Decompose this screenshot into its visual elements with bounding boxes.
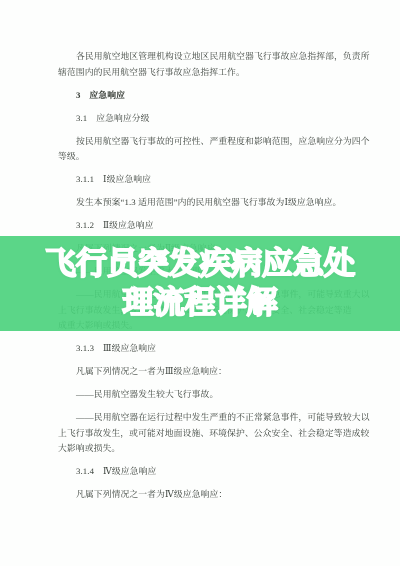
doc-line: 发生本预案“1.3 适用范围”内的民用航空器飞行事故为Ⅰ级应急响应。: [58, 195, 350, 211]
doc-line: 凡属下列情况之一者为Ⅲ级应急响应：: [58, 364, 350, 380]
doc-paragraph: 各民用航空地区管理机构设立地区民用航空器飞行事故应急指挥部，负责所辖范围内的民用…: [58, 49, 350, 80]
doc-heading: 3.1.3 Ⅲ级应急响应: [58, 341, 350, 357]
doc-paragraph: 按民用航空器飞行事故的可控性、严重程度和影响范围，应急响应分为四个等级。: [58, 134, 350, 165]
doc-line: 按民用航空器飞行事故的可控性、严重程度和影响范围，应急响应分为四个: [58, 134, 350, 150]
overlay-title-line-1: 飞行员突发疾病应急处: [45, 245, 355, 284]
doc-paragraph: 凡属下列情况之一者为Ⅲ级应急响应：: [58, 364, 350, 380]
doc-line: 凡属下列情况之一者为Ⅳ级应急响应：: [58, 487, 350, 503]
doc-line: 辖范围内的民用航空器飞行事故应急指挥工作。: [58, 65, 350, 81]
doc-line: ——民用航空器在运行过程中发生严重的不正常紧急事件，可能导致较大以: [58, 410, 350, 426]
doc-line: 上飞行事故发生，或可能对地面设施、环境保护、公众安全、社会稳定等造成较: [58, 426, 350, 442]
doc-paragraph: ——民用航空器发生较大飞行事故。: [58, 387, 350, 403]
title-overlay: 飞行员突发疾病应急处 理流程详解: [0, 236, 400, 331]
doc-paragraph: 凡属下列情况之一者为Ⅳ级应急响应：: [58, 487, 350, 503]
doc-line: 各民用航空地区管理机构设立地区民用航空器飞行事故应急指挥部，负责所: [58, 49, 350, 65]
doc-line: 等级。: [58, 149, 350, 165]
doc-line: 大影响或损失。: [58, 441, 350, 457]
doc-heading: 3.1.4 Ⅳ级应急响应: [58, 464, 350, 480]
doc-line: 3.1.4 Ⅳ级应急响应: [58, 464, 350, 480]
doc-line: 3 应急响应: [58, 88, 350, 104]
doc-heading: 3.1.1 Ⅰ级应急响应: [58, 172, 350, 188]
document-page: 各民用航空地区管理机构设立地区民用航空器飞行事故应急指挥部，负责所辖范围内的民用…: [0, 0, 400, 566]
doc-line: 3.1.1 Ⅰ级应急响应: [58, 172, 350, 188]
doc-line: ——民用航空器发生较大飞行事故。: [58, 387, 350, 403]
doc-line: 3.1.3 Ⅲ级应急响应: [58, 341, 350, 357]
doc-heading: 3 应急响应: [58, 88, 350, 104]
doc-line: 3.1 应急响应分级: [58, 111, 350, 127]
doc-paragraph: 发生本预案“1.3 适用范围”内的民用航空器飞行事故为Ⅰ级应急响应。: [58, 195, 350, 211]
overlay-title-line-2: 理流程详解: [123, 284, 278, 323]
doc-paragraph: ——民用航空器在运行过程中发生严重的不正常紧急事件，可能导致较大以上飞行事故发生…: [58, 410, 350, 457]
doc-line: 3.1.2 Ⅱ级应急响应: [58, 218, 350, 234]
doc-heading: 3.1 应急响应分级: [58, 111, 350, 127]
doc-heading: 3.1.2 Ⅱ级应急响应: [58, 218, 350, 234]
